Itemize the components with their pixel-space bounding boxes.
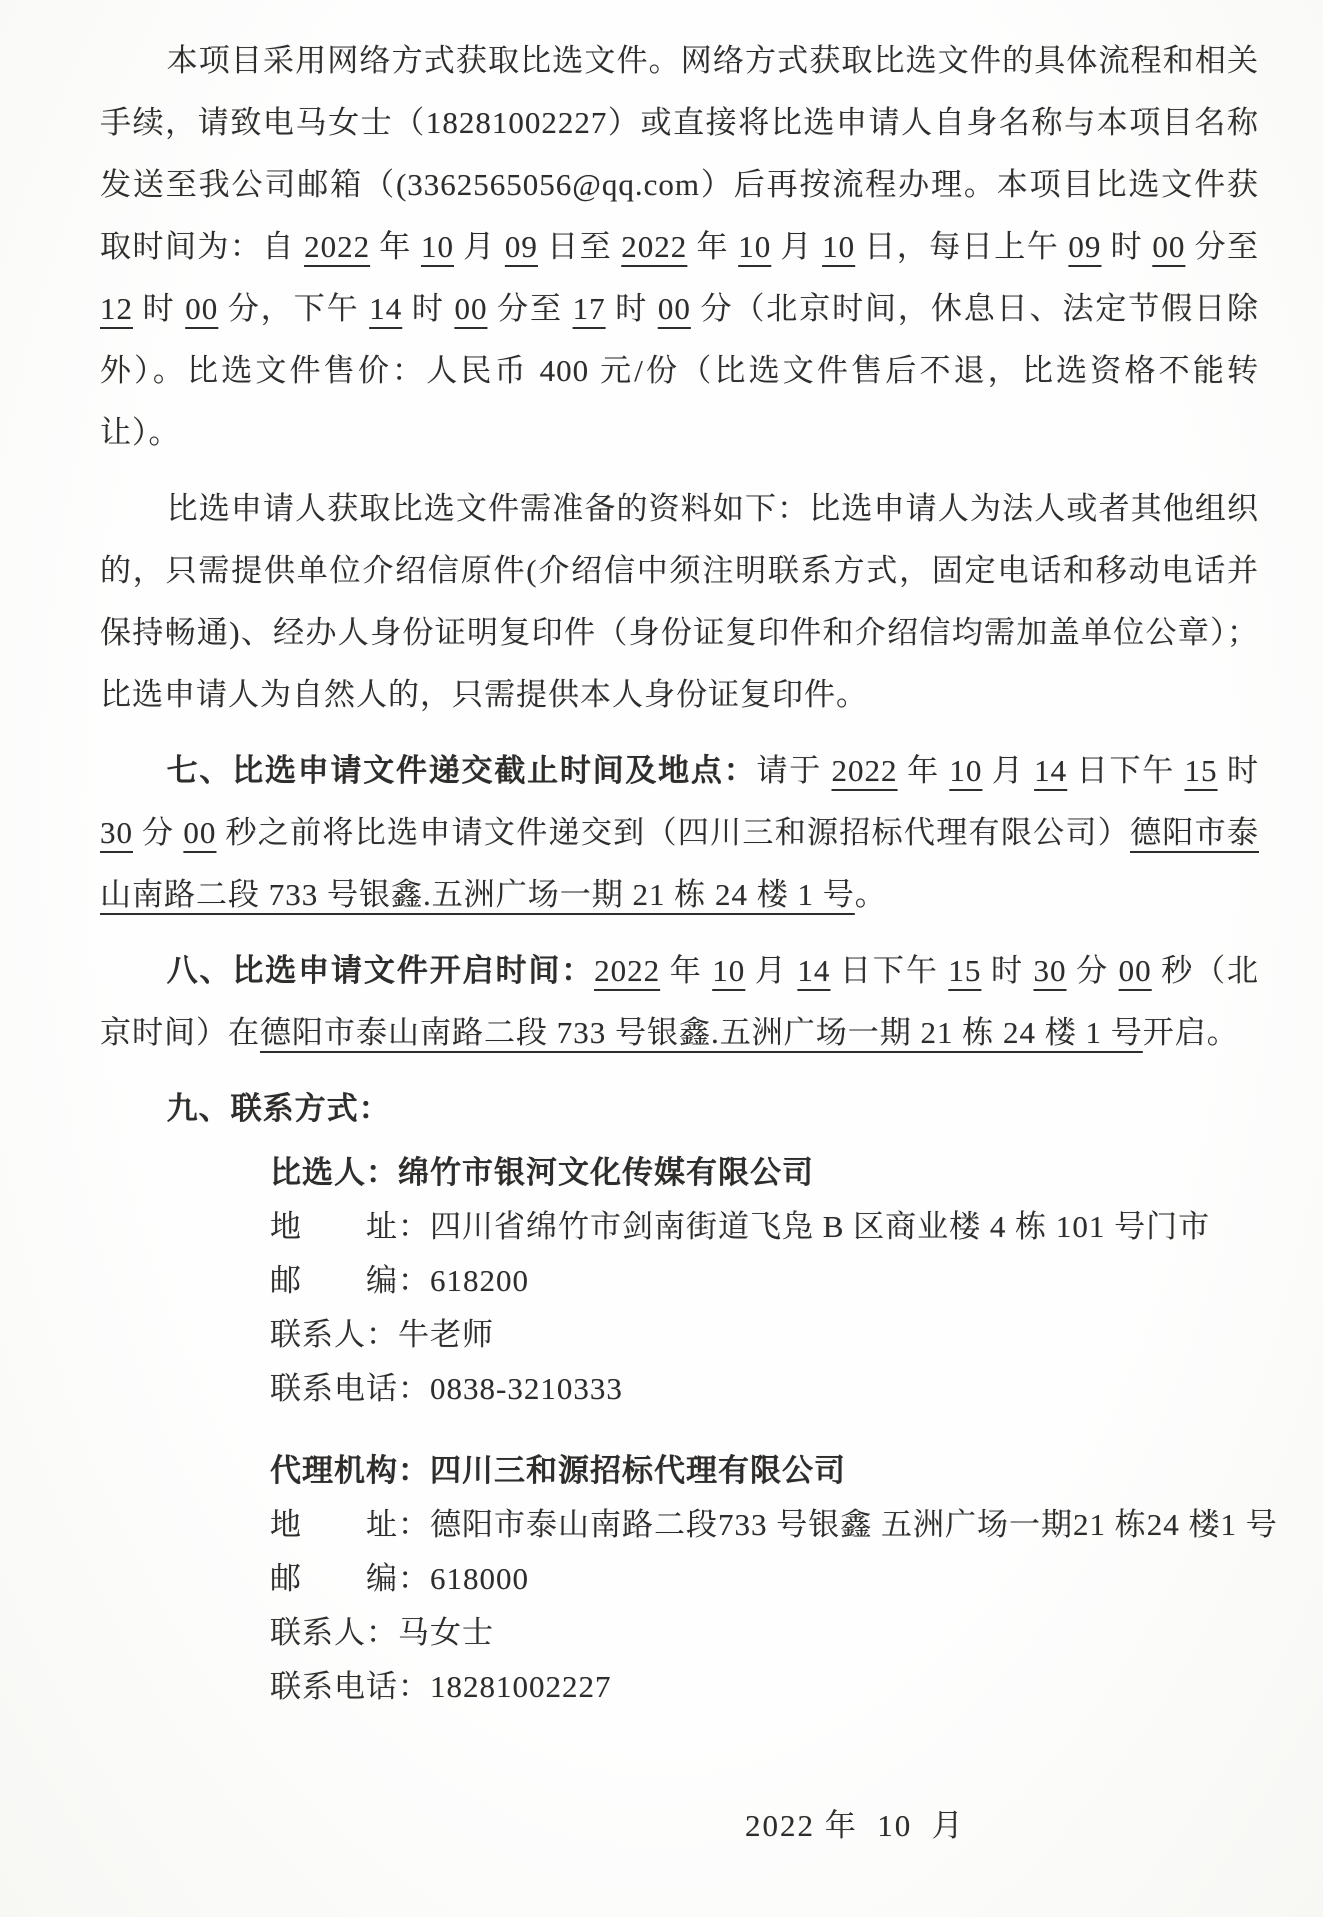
paragraph-acquisition: 本项目采用网络方式获取比选文件。网络方式获取比选文件的具体流程和相关手续，请致电…	[100, 30, 1259, 464]
agency-phone-label: 联系电话：	[270, 1669, 430, 1704]
text-run: 秒之前将比选申请文件递交到（四川三和源招标代理有限公司）	[216, 815, 1130, 850]
underlined-text-run: 15	[948, 953, 981, 988]
underlined-text-run: 30	[1034, 953, 1067, 988]
agency-title-label: 代理机构：	[270, 1453, 430, 1488]
underlined-text-run: 14	[1034, 753, 1067, 788]
underlined-text-run: 00	[454, 291, 487, 326]
underlined-text-run: 14	[369, 291, 402, 326]
bold-text-run: 七、比选申请文件递交截止时间及地点：	[167, 753, 757, 788]
underlined-text-run: 14	[797, 953, 830, 988]
underlined-text-run: 10	[822, 229, 855, 264]
text-run: 比选申请人获取比选文件需准备的资料如下：比选申请人为法人或者其他组织的，只需提供…	[100, 491, 1259, 712]
underlined-text-run: 00	[183, 815, 216, 850]
underlined-text-run: 17	[573, 291, 606, 326]
agency-contact-person-value: 马女士	[398, 1615, 494, 1650]
underlined-text-run: 10	[421, 229, 454, 264]
buyer-phone-label: 联系电话：	[270, 1371, 430, 1406]
buyer-contact-block: 比选人：绵竹市银河文化传媒有限公司 地 址：四川省绵竹市剑南街道飞凫 B 区商业…	[270, 1146, 1259, 1416]
agency-postcode-label: 邮 编：	[270, 1561, 430, 1596]
text-run: 月	[982, 753, 1034, 788]
buyer-postcode-value: 618200	[430, 1263, 529, 1298]
underlined-text-run: 2022	[832, 753, 898, 788]
paragraph-section-7-deadline: 七、比选申请文件递交截止时间及地点：请于 2022 年 10 月 14 日下午 …	[100, 740, 1259, 926]
text-run: 分至	[487, 291, 572, 326]
buyer-postcode-row: 邮 编：618200	[270, 1254, 1259, 1308]
buyer-contact-person-row: 联系人：牛老师	[270, 1308, 1259, 1362]
text-run: 分	[133, 815, 183, 850]
buyer-address-value: 四川省绵竹市剑南街道飞凫 B 区商业楼 4 栋 101 号门市	[430, 1209, 1210, 1244]
text-run: 日，每日上午	[855, 229, 1068, 264]
paragraph-section-9-heading: 九、联系方式：	[100, 1078, 1259, 1140]
underlined-text-run: 2022	[621, 229, 687, 264]
text-run: 分，下午	[218, 291, 369, 326]
text-run: 时	[981, 953, 1033, 988]
buyer-company-name: 绵竹市银河文化传媒有限公司	[398, 1155, 814, 1190]
text-run: 时	[1101, 229, 1152, 264]
text-run: 月	[454, 229, 505, 264]
text-run: 分至	[1185, 229, 1259, 264]
text-run: 年	[660, 953, 712, 988]
agency-address-label: 地 址：	[270, 1507, 430, 1542]
bold-text-run: 八、比选申请文件开启时间：	[167, 953, 594, 988]
agency-postcode-row: 邮 编：618000	[270, 1552, 1259, 1606]
underlined-text-run: 德阳市泰山南路二段 733 号银鑫.五洲广场一期 21 栋 24 楼 1 号	[260, 1015, 1143, 1050]
text-run: 年	[687, 229, 738, 264]
text-run: 年	[898, 753, 950, 788]
text-run: 分	[1067, 953, 1119, 988]
buyer-phone-value: 0838-3210333	[430, 1371, 623, 1406]
underlined-text-run: 00	[1152, 229, 1185, 264]
buyer-phone-row: 联系电话：0838-3210333	[270, 1362, 1259, 1416]
underlined-text-run: 2022	[304, 229, 370, 264]
bold-text-run: 九、联系方式：	[167, 1091, 391, 1126]
agency-address-value: 德阳市泰山南路二段733 号银鑫 五洲广场一期21 栋24 楼1 号	[430, 1507, 1278, 1542]
underlined-text-run: 00	[1119, 953, 1152, 988]
text-run: 。	[855, 877, 887, 912]
paragraph-materials: 比选申请人获取比选文件需准备的资料如下：比选申请人为法人或者其他组织的，只需提供…	[100, 478, 1259, 726]
underlined-text-run: 30	[100, 815, 133, 850]
text-run: 日至	[538, 229, 621, 264]
underlined-text-run: 10	[949, 753, 982, 788]
underlined-text-run: 09	[1068, 229, 1101, 264]
text-run: 开启。	[1143, 1015, 1239, 1050]
agency-company-name: 四川三和源招标代理有限公司	[430, 1453, 846, 1488]
agency-contact-person-row: 联系人：马女士	[270, 1606, 1259, 1660]
buyer-contact-person-value: 牛老师	[398, 1317, 494, 1352]
document-page: 本项目采用网络方式获取比选文件。网络方式获取比选文件的具体流程和相关手续，请致电…	[0, 0, 1323, 1917]
underlined-text-run: 10	[738, 229, 771, 264]
agency-phone-value: 18281002227	[430, 1669, 612, 1704]
paragraph-section-8-opening: 八、比选申请文件开启时间：2022 年 10 月 14 日下午 15 时 30 …	[100, 940, 1259, 1064]
underlined-text-run: 12	[100, 291, 133, 326]
agency-contact-block: 代理机构：四川三和源招标代理有限公司 地 址：德阳市泰山南路二段733 号银鑫 …	[270, 1444, 1259, 1714]
underlined-text-run: 15	[1185, 753, 1218, 788]
agency-postcode-value: 618000	[430, 1561, 529, 1596]
text-run: 年	[370, 229, 421, 264]
agency-address-row: 地 址：德阳市泰山南路二段733 号银鑫 五洲广场一期21 栋24 楼1 号	[270, 1498, 1259, 1552]
text-run: 月	[745, 953, 797, 988]
buyer-title-row: 比选人：绵竹市银河文化传媒有限公司	[270, 1146, 1259, 1200]
underlined-text-run: 00	[658, 291, 691, 326]
text-run: 日下午	[830, 953, 948, 988]
text-run: 月	[771, 229, 822, 264]
underlined-text-run: 2022	[594, 953, 660, 988]
text-run: 时	[402, 291, 454, 326]
buyer-address-label: 地 址：	[270, 1209, 430, 1244]
underlined-text-run: 00	[185, 291, 218, 326]
document-date: 2022 年 10 月	[100, 1800, 1259, 1845]
text-run: 时	[1218, 753, 1260, 788]
buyer-postcode-label: 邮 编：	[270, 1263, 430, 1298]
buyer-contact-person-label: 联系人：	[270, 1317, 398, 1352]
agency-contact-person-label: 联系人：	[270, 1615, 398, 1650]
text-run: 时	[606, 291, 658, 326]
buyer-address-row: 地 址：四川省绵竹市剑南街道飞凫 B 区商业楼 4 栋 101 号门市	[270, 1200, 1259, 1254]
buyer-title-label: 比选人：	[270, 1155, 398, 1190]
text-run: 时	[133, 291, 185, 326]
underlined-text-run: 09	[505, 229, 538, 264]
text-run: 请于	[756, 753, 831, 788]
underlined-text-run: 10	[712, 953, 745, 988]
text-run: 日下午	[1067, 753, 1184, 788]
agency-phone-row: 联系电话：18281002227	[270, 1660, 1259, 1714]
agency-title-row: 代理机构：四川三和源招标代理有限公司	[270, 1444, 1259, 1498]
